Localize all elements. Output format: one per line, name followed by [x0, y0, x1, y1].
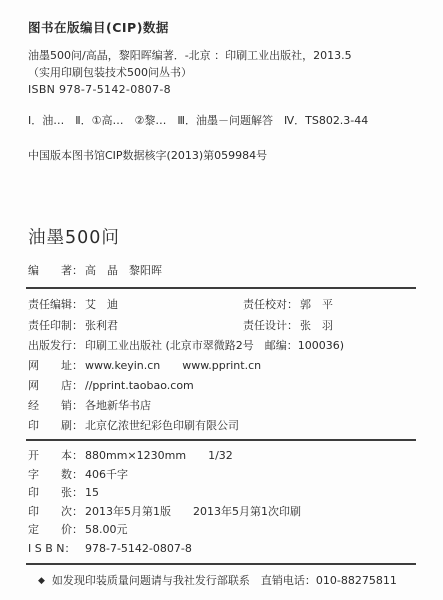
staff-value: 张利君	[85, 319, 118, 332]
row-value: 978-7-5142-0807-8	[85, 542, 192, 555]
wordcount-row: 字 数：406千字	[28, 466, 417, 485]
row-label: 印 次：	[28, 503, 85, 522]
publishing-block: 出版发行：印刷工业出版社 (北京市翠微路2号 邮编：100036) 网 址：ww…	[28, 336, 417, 436]
quality-notice-text: 如发现印装质量问题请与我社发行部联系 直销电话：010-88275811	[52, 574, 397, 587]
price-row: 定 价：58.00元	[28, 521, 417, 540]
row-value: 各地新华书店	[85, 399, 151, 412]
staff-row: 责任编辑：艾 迪 责任校对：郭 平	[28, 294, 417, 315]
row-value: 北京亿浓世纪彩色印刷有限公司	[85, 419, 239, 432]
row-label: 印 张：	[28, 484, 85, 503]
editors-row: 编 著：高 晶 黎阳晖	[28, 261, 417, 281]
quality-notice: ◆如发现印装质量问题请与我社发行部联系 直销电话：010-88275811	[28, 565, 417, 590]
row-value: 406千字	[85, 468, 128, 481]
cip-series: （实用印刷包装技术500问丛书）	[28, 64, 417, 81]
staff-cell-print-supervisor: 责任印制：张利君	[28, 315, 243, 336]
staff-cell-designer: 责任设计：张 羽	[243, 315, 417, 336]
website-row: 网 址：www.keyin.cn www.pprint.cn	[28, 356, 417, 376]
row-value: 880mm×1230mm 1/32	[85, 449, 233, 462]
editors-label: 编 著：	[28, 261, 85, 281]
row-value: 58.00元	[85, 523, 128, 536]
row-value: www.keyin.cn www.pprint.cn	[85, 359, 261, 372]
distribution-row: 经 销：各地新华书店	[28, 396, 417, 416]
edition-row: 印 次：2013年5月第1版 2013年5月第1次印刷	[28, 503, 417, 522]
staff-label: 责任校对：	[243, 294, 300, 315]
staff-value: 艾 迪	[85, 298, 118, 311]
cip-isbn: ISBN 978-7-5142-0807-8	[28, 81, 417, 98]
format-row: 开 本：880mm×1230mm 1/32	[28, 447, 417, 466]
row-label: 经 销：	[28, 396, 85, 416]
staff-block: 责任编辑：艾 迪 责任校对：郭 平 责任印制：张利君 责任设计：张 羽	[28, 289, 417, 336]
cip-record-number: 中国版本图书馆CIP数据核字(2013)第059984号	[28, 147, 417, 164]
staff-label: 责任印制：	[28, 315, 85, 336]
row-label: 出版发行：	[28, 336, 85, 356]
staff-value: 郭 平	[300, 298, 333, 311]
cip-classification: Ⅰ．油… Ⅱ．①高… ②黎… Ⅲ．油墨－问题解答 Ⅳ．TS802.3-44	[28, 112, 417, 129]
row-label: I S B N：	[28, 540, 85, 559]
editors-value: 高 晶 黎阳晖	[85, 264, 162, 277]
staff-value: 张 羽	[300, 319, 333, 332]
row-label: 网 址：	[28, 356, 85, 376]
webstore-row: 网 店：//pprint.taobao.com	[28, 376, 417, 396]
row-label: 定 价：	[28, 521, 85, 540]
row-value: //pprint.taobao.com	[85, 379, 194, 392]
staff-row: 责任印制：张利君 责任设计：张 羽	[28, 315, 417, 336]
row-value: 印刷工业出版社 (北京市翠微路2号 邮编：100036)	[85, 339, 344, 352]
printing-block: 开 本：880mm×1230mm 1/32 字 数：406千字 印 张：15 印…	[28, 441, 417, 559]
book-title: 油墨500问	[28, 227, 417, 250]
staff-cell-editor: 责任编辑：艾 迪	[28, 294, 243, 315]
isbn-row: I S B N：978-7-5142-0807-8	[28, 540, 417, 559]
publisher-row: 出版发行：印刷工业出版社 (北京市翠微路2号 邮编：100036)	[28, 336, 417, 356]
row-label: 印 刷：	[28, 416, 85, 436]
staff-cell-proofreader: 责任校对：郭 平	[243, 294, 417, 315]
cip-header: 图书在版编目(CIP)数据	[28, 20, 417, 35]
row-value: 15	[85, 486, 99, 499]
staff-label: 责任编辑：	[28, 294, 85, 315]
printer-row: 印 刷：北京亿浓世纪彩色印刷有限公司	[28, 416, 417, 436]
row-label: 网 店：	[28, 376, 85, 396]
staff-label: 责任设计：	[243, 315, 300, 336]
row-label: 开 本：	[28, 447, 85, 466]
row-value: 2013年5月第1版 2013年5月第1次印刷	[85, 505, 301, 518]
cip-description: 油墨500问/高晶，黎阳晖编著．-北京 ：印刷工业出版社，2013.5	[28, 47, 417, 64]
diamond-bullet-icon: ◆	[38, 572, 45, 590]
sheets-row: 印 张：15	[28, 484, 417, 503]
row-label: 字 数：	[28, 466, 85, 485]
copyright-page: 图书在版编目(CIP)数据 油墨500问/高晶，黎阳晖编著．-北京 ：印刷工业出…	[0, 0, 443, 600]
